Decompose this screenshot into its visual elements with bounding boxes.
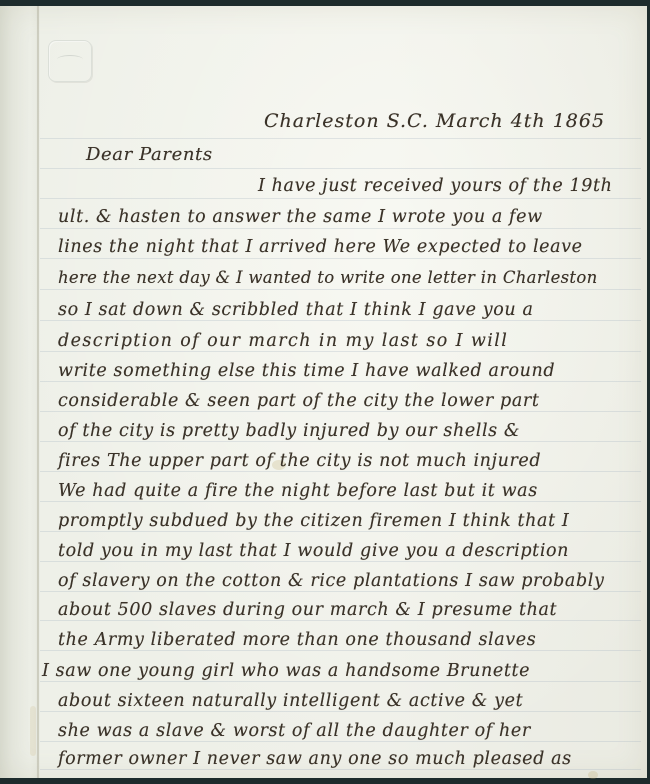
- letter-line: about 500 slaves during our march & I pr…: [58, 602, 557, 620]
- ruled-line: [40, 441, 641, 442]
- letter-line: of slavery on the cotton & rice plantati…: [58, 573, 604, 591]
- letter-line: lines the night that I arrived here We e…: [58, 239, 583, 257]
- margin-fold-line: [37, 6, 39, 778]
- ruled-line: [40, 351, 641, 352]
- letter-line: about sixteen naturally intelligent & ac…: [58, 693, 523, 711]
- ruled-line: [40, 168, 641, 169]
- paper-stain: [30, 706, 36, 756]
- letter-line: considerable & seen part of the city the…: [58, 393, 539, 411]
- ruled-line: [40, 320, 641, 321]
- letter-line: We had quite a fire the night before las…: [58, 483, 538, 501]
- ruled-line: [40, 228, 641, 229]
- ruled-line: [40, 650, 641, 651]
- ruled-line: [40, 620, 641, 621]
- letter-line: fires The upper part of the city is not …: [58, 453, 541, 471]
- letter-line: write something else this time I have wa…: [58, 363, 555, 381]
- salutation: Dear Parents: [86, 146, 213, 164]
- letter-line: of the city is pretty badly injured by o…: [58, 423, 520, 441]
- ruled-line: [40, 289, 641, 290]
- ruled-line: [40, 711, 641, 712]
- letter-line: ult. & hasten to answer the same I wrote…: [58, 209, 543, 227]
- ruled-line: [40, 561, 641, 562]
- ruled-line: [40, 501, 641, 502]
- ruled-line: [40, 531, 641, 532]
- embossed-stationery-stamp-icon: [48, 40, 92, 82]
- letter-line: here the next day & I wanted to write on…: [58, 270, 598, 287]
- scanned-document: Charleston S.C. March 4th 1865 Dear Pare…: [0, 0, 650, 784]
- ruled-line: [40, 769, 641, 770]
- letter-line: the Army liberated more than one thousan…: [58, 632, 536, 650]
- letter-line: so I sat down & scribbled that I think I…: [58, 302, 533, 320]
- letter-line: I saw one young girl who was a handsome …: [42, 663, 530, 681]
- letter-paper: Charleston S.C. March 4th 1865 Dear Pare…: [0, 6, 647, 778]
- ruled-line: [40, 411, 641, 412]
- letter-line: description of our march in my last so I…: [58, 333, 508, 351]
- dateline: Charleston S.C. March 4th 1865: [264, 112, 605, 131]
- ruled-line: [40, 681, 641, 682]
- letter-line: told you in my last that I would give yo…: [58, 543, 569, 561]
- letter-line: I have just received yours of the 19th: [258, 178, 613, 196]
- ruled-line: [40, 138, 641, 139]
- ruled-line: [40, 471, 641, 472]
- ruled-line: [40, 198, 641, 199]
- paper-stain: [588, 771, 598, 779]
- letter-line: promptly subdued by the citizen firemen …: [58, 513, 569, 531]
- ruled-line: [40, 741, 641, 742]
- letter-line: former owner I never saw any one so much…: [58, 751, 572, 769]
- ruled-line: [40, 258, 641, 259]
- letter-line: she was a slave & worst of all the daugh…: [58, 723, 531, 741]
- ruled-line: [40, 591, 641, 592]
- ruled-line: [40, 381, 641, 382]
